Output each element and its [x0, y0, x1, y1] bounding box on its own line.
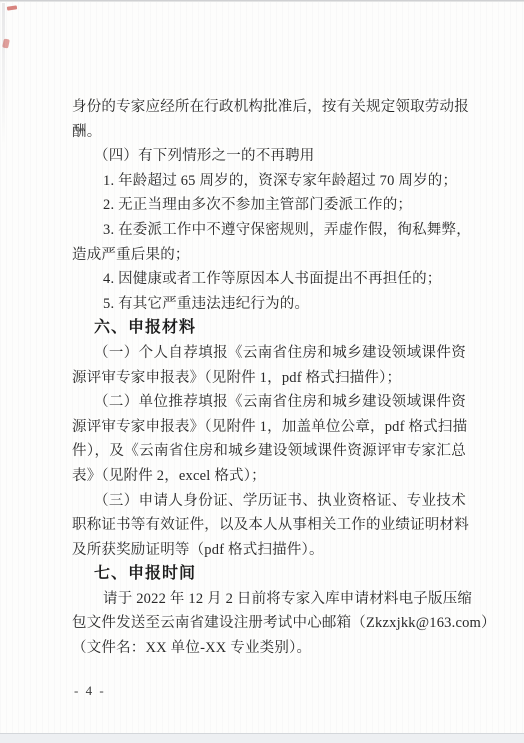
list-item: 5. 有其它严重违法违纪行为的。 [72, 292, 466, 317]
text-line: （二）单位推荐填报《云南省住房和城乡建设领域课件资 [72, 390, 466, 415]
scan-edge-top-line [0, 0, 524, 2]
red-pen-mark-top [7, 5, 17, 10]
red-pen-mark-left [2, 38, 10, 48]
scan-edge-bottom [0, 733, 524, 743]
text-line: 源评审专家申报表》（见附件 1，加盖单位公章，pdf 格式扫描 [72, 415, 466, 440]
text-line: 表》（见附件 2，excel 格式）； [72, 464, 466, 489]
section-heading: 六、申报材料 [72, 316, 466, 341]
section-heading: 七、申报时间 [72, 562, 466, 587]
text-line: 酬。 [72, 120, 466, 145]
text-line: （一）个人自荐填报《云南省住房和城乡建设领域课件资 [72, 341, 466, 366]
list-item: 3. 在委派工作中不遵守保密规则，弄虚作假，徇私舞弊， [72, 218, 466, 243]
text-line: 造成严重后果的； [72, 243, 466, 268]
list-item: 1. 年龄超过 65 周岁的，资深专家年龄超过 70 周岁的； [72, 169, 466, 194]
text-line: 包文件发送至云南省建设注册考试中心邮箱（Zkzxjkk@163.com） [72, 611, 466, 636]
text-line: 请于 2022 年 12 月 2 日前将专家入库申请材料电子版压缩 [72, 587, 466, 612]
text-line: （三）申请人身份证、学历证书、执业资格证、专业技术 [72, 489, 466, 514]
text-line: 身份的专家应经所在行政机构批准后，按有关规定领取劳动报 [72, 95, 466, 120]
text-line: （文件名：XX 单位-XX 专业类别）。 [72, 636, 466, 661]
text-line: 源评审专家申报表》（见附件 1，pdf 格式扫描件）； [72, 366, 466, 391]
document-body: 身份的专家应经所在行政机构批准后，按有关规定领取劳动报 酬。 （四）有下列情形之… [72, 95, 466, 661]
scan-edge-left-shade [2, 3, 5, 153]
scanned-document-page: 身份的专家应经所在行政机构批准后，按有关规定领取劳动报 酬。 （四）有下列情形之… [0, 0, 524, 743]
text-line: 职称证书等有效证件，以及本人从事相关工作的业绩证明材料 [72, 513, 466, 538]
text-line: （四）有下列情形之一的不再聘用 [72, 144, 466, 169]
list-item: 4. 因健康或者工作等原因本人书面提出不再担任的； [72, 267, 466, 292]
text-line: 件），及《云南省住房和城乡建设领域课件资源评审专家汇总 [72, 439, 466, 464]
page-number: - 4 - [74, 683, 106, 699]
text-line: 及所获奖励证明等（pdf 格式扫描件）。 [72, 538, 466, 563]
list-item: 2. 无正当理由多次不参加主管部门委派工作的； [72, 193, 466, 218]
